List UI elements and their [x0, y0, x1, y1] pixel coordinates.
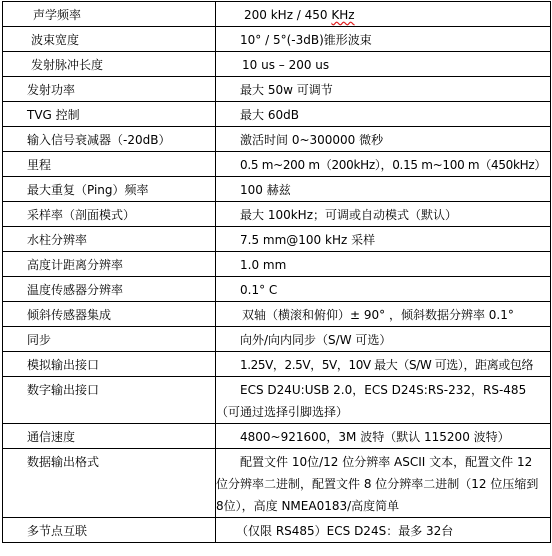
row-value-cell: 1.0 mm: [216, 252, 551, 277]
row-value-cell: 向外/向内同步（S/W 可选）: [216, 327, 551, 352]
row-label-cell: TVG 控制: [3, 102, 216, 127]
table-row: 发射脉冲长度 10 us – 200 us: [3, 52, 551, 77]
row-value: 双轴（横滚和俯仰）± 90° ，倾斜数据分辨率 0.1°: [216, 302, 550, 326]
table-row: TVG 控制 最大 60dB: [3, 102, 551, 127]
row-label: 采样率（剖面模式）: [3, 202, 215, 226]
row-label: 温度传感器分辨率: [3, 277, 215, 301]
table-row: 声学频率 200 kHz / 450 KHz: [3, 2, 551, 27]
row-label-cell: 发射功率: [3, 77, 216, 102]
row-value-cell: 7.5 mm@100 kHz 采样: [216, 227, 551, 252]
row-label-cell: 多节点互联: [3, 518, 216, 543]
value-text: 200 kHz / 450: [244, 8, 331, 22]
row-label: 水柱分辨率: [3, 227, 215, 251]
row-value: 0.1° C: [216, 277, 550, 301]
row-value: 0.5 m~200 m（200kHz），0.15 m~100 m（450kHz）: [216, 152, 550, 176]
row-value-cell: 10° / 5°(-3dB)锥形波束: [216, 27, 551, 52]
row-label-cell: 输入信号衰减器（-20dB）: [3, 127, 216, 152]
table-row: 采样率（剖面模式） 最大 100kHz；可调或自动模式（默认）: [3, 202, 551, 227]
row-label: 模拟输出接口: [3, 352, 215, 376]
row-value: 10° / 5°(-3dB)锥形波束: [216, 27, 550, 51]
row-value-cell: 4800~921600，3M 波特（默认 115200 波特）: [216, 424, 551, 449]
table-row: 同步 向外/向内同步（S/W 可选）: [3, 327, 551, 352]
table-row: 里程 0.5 m~200 m（200kHz），0.15 m~100 m（450k…: [3, 152, 551, 177]
row-value-cell: 双轴（横滚和俯仰）± 90° ，倾斜数据分辨率 0.1°: [216, 302, 551, 327]
row-label-cell: 高度计距离分辨率: [3, 252, 216, 277]
row-label-cell: 水柱分辨率: [3, 227, 216, 252]
row-value-cell: 0.1° C: [216, 277, 551, 302]
row-label: 里程: [3, 152, 215, 176]
row-value: 7.5 mm@100 kHz 采样: [216, 227, 550, 251]
row-value: 最大 50w 可调节: [216, 77, 550, 101]
row-value: 向外/向内同步（S/W 可选）: [216, 327, 550, 351]
spec-table: 声学频率 200 kHz / 450 KHz 波束宽度 10° / 5°(-3d…: [2, 1, 551, 543]
row-label: 多节点互联: [3, 518, 215, 542]
table-row: 温度传感器分辨率 0.1° C: [3, 277, 551, 302]
row-label: 数据输出格式: [3, 449, 215, 473]
row-label: 波束宽度: [3, 27, 215, 51]
row-label-cell: 发射脉冲长度: [3, 52, 216, 77]
row-label-cell: 波束宽度: [3, 27, 216, 52]
row-value: 最大 100kHz；可调或自动模式（默认）: [216, 202, 550, 226]
row-label-cell: 最大重复（Ping）频率: [3, 177, 216, 202]
row-value-cell: （仅限 RS485）ECS D24S：最多 32台: [216, 518, 551, 543]
table-row: 最大重复（Ping）频率 100 赫兹: [3, 177, 551, 202]
row-value: 200 kHz / 450 KHz: [216, 2, 550, 26]
table-row: 高度计距离分辨率 1.0 mm: [3, 252, 551, 277]
row-value-cell: 10 us – 200 us: [216, 52, 551, 77]
row-label-cell: 模拟输出接口: [3, 352, 216, 377]
table-row: 多节点互联 （仅限 RS485）ECS D24S：最多 32台: [3, 518, 551, 543]
row-label: 高度计距离分辨率: [3, 252, 215, 276]
row-value: 100 赫兹: [216, 177, 550, 201]
table-row: 波束宽度 10° / 5°(-3dB)锥形波束: [3, 27, 551, 52]
table-row: 输入信号衰减器（-20dB） 激活时间 0~300000 微秒: [3, 127, 551, 152]
row-label-cell: 数据输出格式: [3, 449, 216, 518]
row-label-cell: 采样率（剖面模式）: [3, 202, 216, 227]
row-value: （仅限 RS485）ECS D24S：最多 32台: [216, 518, 550, 542]
row-value-cell: ECS D24U:USB 2.0，ECS D24S:RS-232，RS-485（…: [216, 377, 551, 424]
row-label-cell: 同步: [3, 327, 216, 352]
row-value: 4800~921600，3M 波特（默认 115200 波特）: [216, 424, 550, 448]
table-row: 模拟输出接口 1.25V，2.5V，5V，10V 最大（S/W 可选），距离或包…: [3, 352, 551, 377]
row-value: 1.25V，2.5V，5V，10V 最大（S/W 可选），距离或包络: [216, 352, 550, 376]
table-row: 水柱分辨率 7.5 mm@100 kHz 采样: [3, 227, 551, 252]
spellcheck-flagged-text: KHz: [331, 8, 354, 22]
row-value-cell: 1.25V，2.5V，5V，10V 最大（S/W 可选），距离或包络: [216, 352, 551, 377]
row-value: 最大 60dB: [216, 102, 550, 126]
row-label: 发射脉冲长度: [3, 52, 215, 76]
row-value-cell: 0.5 m~200 m（200kHz），0.15 m~100 m（450kHz）: [216, 152, 551, 177]
row-label-cell: 温度传感器分辨率: [3, 277, 216, 302]
row-value-cell: 200 kHz / 450 KHz: [216, 2, 551, 27]
row-label-cell: 里程: [3, 152, 216, 177]
row-label-cell: 声学频率: [3, 2, 216, 27]
row-label: 最大重复（Ping）频率: [3, 177, 215, 201]
row-value-cell: 最大 60dB: [216, 102, 551, 127]
row-label: 发射功率: [3, 77, 215, 101]
row-label: 输入信号衰减器（-20dB）: [3, 127, 215, 151]
row-label: 数字输出接口: [3, 377, 215, 401]
row-label: 声学频率: [3, 2, 215, 26]
row-value-cell: 配置文件 10位/12 位分辨率 ASCII 文本，配置文件 12 位分辨率二进…: [216, 449, 551, 518]
row-label-cell: 倾斜传感器集成: [3, 302, 216, 327]
row-value: 激活时间 0~300000 微秒: [216, 127, 550, 151]
table-row: 通信速度 4800~921600，3M 波特（默认 115200 波特）: [3, 424, 551, 449]
row-value-cell: 100 赫兹: [216, 177, 551, 202]
row-label: 通信速度: [3, 424, 215, 448]
row-label-cell: 数字输出接口: [3, 377, 216, 424]
row-value-cell: 最大 50w 可调节: [216, 77, 551, 102]
table-row: 倾斜传感器集成 双轴（横滚和俯仰）± 90° ，倾斜数据分辨率 0.1°: [3, 302, 551, 327]
row-value: 1.0 mm: [216, 252, 550, 276]
row-value: 配置文件 10位/12 位分辨率 ASCII 文本，配置文件 12 位分辨率二进…: [216, 449, 550, 517]
row-label: 同步: [3, 327, 215, 351]
row-label-cell: 通信速度: [3, 424, 216, 449]
table-row: 数据输出格式 配置文件 10位/12 位分辨率 ASCII 文本，配置文件 12…: [3, 449, 551, 518]
row-label: TVG 控制: [3, 102, 215, 126]
row-value-cell: 激活时间 0~300000 微秒: [216, 127, 551, 152]
row-value: 10 us – 200 us: [216, 52, 550, 76]
table-row: 数字输出接口 ECS D24U:USB 2.0，ECS D24S:RS-232，…: [3, 377, 551, 424]
table-row: 发射功率 最大 50w 可调节: [3, 77, 551, 102]
row-value-cell: 最大 100kHz；可调或自动模式（默认）: [216, 202, 551, 227]
row-label: 倾斜传感器集成: [3, 302, 215, 326]
row-value: ECS D24U:USB 2.0，ECS D24S:RS-232，RS-485（…: [216, 377, 550, 423]
